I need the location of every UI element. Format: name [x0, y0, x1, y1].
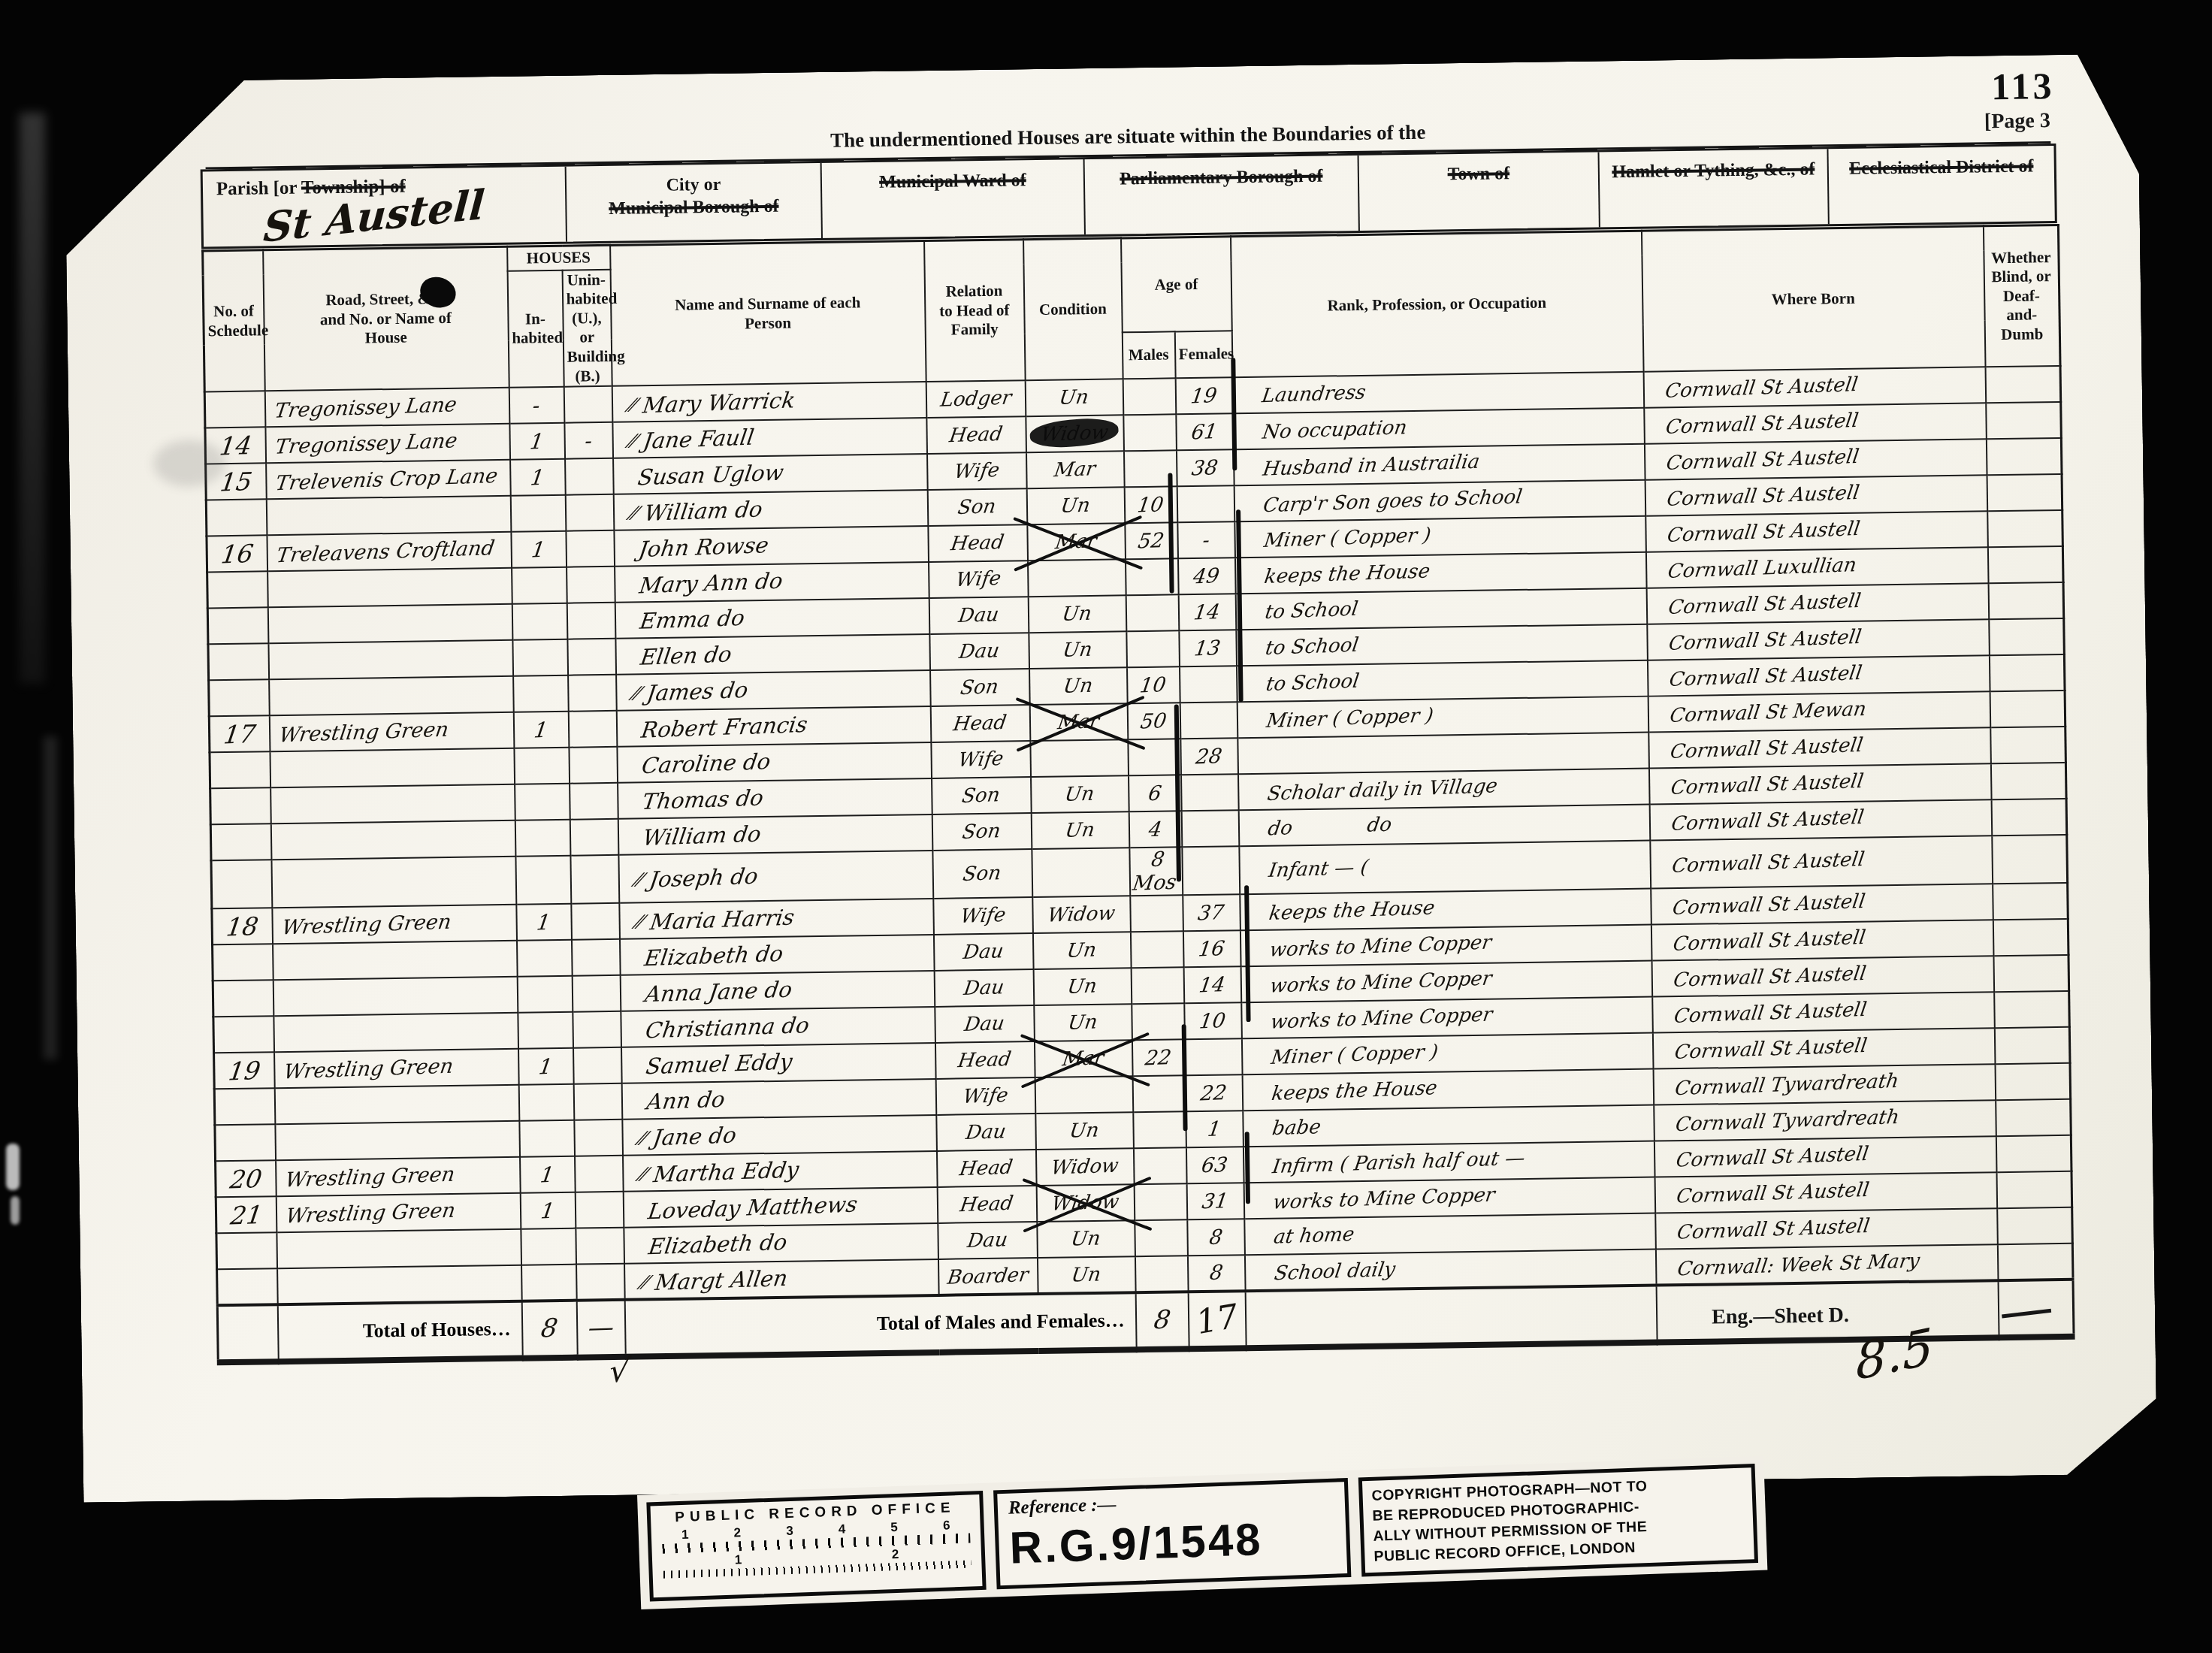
cell-street: Wrestling Green [276, 1193, 521, 1233]
cell-blind [1989, 654, 2065, 691]
cell-uninhabited [576, 1264, 625, 1301]
cell-inhabited [515, 784, 570, 820]
tally-mark: ⁄⁄ [638, 1128, 647, 1149]
cell-name: ⁄⁄Jane do [622, 1115, 937, 1156]
cell-uninhabited [570, 855, 619, 904]
cell-condition [1032, 848, 1130, 897]
cell-relation: Dau [929, 597, 1029, 634]
cell-relation: Dau [929, 633, 1029, 670]
copyright-stamp: COPYRIGHT PHOTOGRAPH—NOT TOBE REPRODUCED… [1358, 1464, 1758, 1576]
cell-age-male [1126, 595, 1179, 632]
cell-street [273, 1013, 518, 1053]
sheet-label: Eng.—Sheet D. [1712, 1304, 1849, 1330]
cell-schedule: 17 [209, 715, 270, 752]
cell-blind [1996, 1171, 2072, 1208]
cell-inhabited [518, 1012, 573, 1049]
cell-occupation: works to Mine Copper [1240, 961, 1652, 1003]
cell-name: Robert Francis [616, 706, 931, 747]
cell-relation: Head [928, 524, 1028, 562]
cell-relation: Boarder [938, 1258, 1038, 1295]
cell-age-male [1123, 415, 1177, 452]
cell-age-female [1181, 810, 1239, 847]
cell-inhabited [510, 495, 566, 532]
film-speck [6, 1144, 20, 1190]
cell-occupation: keeps the House [1242, 1069, 1654, 1111]
cell-relation: Dau [934, 969, 1034, 1007]
cell-occupation: Miner ( Copper ) [1237, 697, 1648, 739]
tally-mark: ⁄⁄ [632, 683, 641, 704]
cell-schedule [213, 1016, 274, 1053]
cell-age-female: 22 [1185, 1074, 1243, 1111]
cell-condition: Un [1029, 667, 1128, 705]
boundary-column: City orMunicipal Borough of [567, 163, 823, 242]
cell-occupation: to School [1237, 660, 1648, 703]
cell-blind [1990, 691, 2065, 727]
cell-uninhabited: - [564, 422, 613, 459]
cell-schedule [206, 499, 267, 536]
cell-where-born: Cornwall St Austell [1647, 655, 1990, 696]
check-mark: √ [609, 1352, 630, 1389]
cell-age-female: 37 [1183, 894, 1240, 931]
cell-age-female [1180, 702, 1237, 739]
cell-age-female: 38 [1176, 449, 1234, 486]
cell-blind [1993, 883, 2068, 920]
cell-street: Tregonissey Lane [264, 388, 509, 428]
cell-street: Tregonissey Lane [265, 424, 510, 464]
cell-relation: Son [927, 488, 1027, 526]
header-schedule: No. of Schedule [203, 250, 265, 392]
cell-uninhabited [572, 975, 621, 1012]
cell-inhabited: - [509, 387, 564, 424]
cell-age-female: 13 [1179, 630, 1237, 666]
cell-age-male [1133, 1147, 1186, 1184]
cell-blind [1992, 835, 2068, 884]
cell-street [273, 941, 518, 981]
cell-where-born: Cornwall St Austell [1648, 727, 1991, 768]
film-scratch [44, 736, 57, 1059]
cell-blind [1986, 402, 2062, 439]
cell-occupation: babe [1243, 1105, 1654, 1147]
cell-age-male [1126, 631, 1180, 668]
tally-mark: ⁄⁄ [628, 394, 637, 416]
header-inhabited: In- habited [507, 270, 564, 388]
cell-schedule: 21 [216, 1196, 276, 1233]
cell-age-male [1123, 379, 1176, 416]
cell-condition: Un [1033, 968, 1132, 1005]
cell-uninhabited [573, 1011, 621, 1048]
cell-relation: Dau [935, 1005, 1035, 1043]
cell-condition: Un [1031, 775, 1129, 813]
cell-blind [1987, 546, 2063, 583]
cell-blind [1996, 1135, 2071, 1172]
cell-name: ⁄⁄Maria Harris [619, 899, 934, 939]
cell-age-male: 10 [1127, 667, 1180, 704]
cell-blind [1994, 991, 2070, 1028]
cell-uninhabited [570, 783, 618, 820]
tally-mark: ⁄⁄ [630, 503, 639, 524]
cell-uninhabited [567, 567, 615, 603]
cell-occupation: School daily [1244, 1250, 1656, 1292]
cell-uninhabited [568, 711, 617, 748]
film-speck [11, 1196, 20, 1225]
cell-blind [1986, 438, 2062, 475]
cell-street [277, 1265, 522, 1305]
cell-relation: Dau [933, 933, 1033, 971]
cell-occupation: Infirm ( Parish half out — [1243, 1141, 1654, 1183]
cell-inhabited [521, 1228, 576, 1265]
pro-ruler-stamp: PUBLIC RECORD OFFICE 123456 12 [646, 1491, 986, 1602]
cell-age-male [1130, 895, 1183, 932]
cell-where-born: Cornwall Tywardreath [1654, 1100, 1996, 1141]
cell-age-female: - [1177, 521, 1235, 558]
cell-age-male: 4 [1129, 811, 1182, 848]
cell-inhabited: 1 [516, 904, 572, 941]
header-street: Road, Street, &c., and No. or Name of Ho… [263, 246, 509, 391]
cell-inhabited [518, 1084, 574, 1121]
cell-uninhabited [571, 939, 620, 976]
cell-name: ⁄⁄Mary Warrick [612, 382, 926, 422]
cell-uninhabited [567, 639, 616, 675]
cell-schedule [211, 860, 272, 908]
cell-age-female: 49 [1178, 558, 1236, 594]
cell-relation: Son [932, 777, 1032, 814]
cell-name: ⁄⁄Jane Faull [612, 418, 927, 458]
cell-blind [1997, 1244, 2073, 1280]
cell-age-male: 6 [1129, 775, 1182, 811]
cell-blind [1993, 919, 2068, 956]
tally-mark: ⁄⁄ [628, 431, 637, 452]
cell-uninhabited [573, 1047, 622, 1084]
cell-inhabited [512, 603, 567, 640]
cell-blind [1990, 727, 2066, 763]
header-houses: HOUSES [507, 245, 610, 270]
cell-schedule [217, 1268, 278, 1305]
cell-street [274, 1085, 519, 1125]
cell-condition [1030, 739, 1129, 777]
cell-where-born: Cornwall St Austell [1646, 583, 1989, 624]
totals-houses-label: Total of Houses… [277, 1301, 522, 1362]
totals-empty [1245, 1286, 1657, 1349]
cell-name: Emma do [615, 598, 929, 639]
cell-where-born: Cornwall St Austell [1655, 1208, 1998, 1249]
scanned-census-photograph: { "photo": { "page_number": "113", "page… [0, 0, 2212, 1653]
cell-relation: Head [935, 1041, 1035, 1079]
header-age: Age of [1121, 237, 1232, 332]
cell-name: Elizabeth do [624, 1223, 938, 1264]
cell-inhabited [513, 675, 569, 712]
cell-condition: Un [1037, 1220, 1135, 1258]
cell-occupation [1237, 733, 1649, 775]
totals-males-value: 8 [1135, 1292, 1189, 1349]
cell-inhabited [521, 1265, 577, 1301]
cell-inhabited: 1 [518, 1048, 574, 1085]
cell-uninhabited [568, 675, 617, 712]
cell-condition: Widow [1026, 416, 1124, 453]
cell-relation: Wife [929, 561, 1029, 598]
cell-schedule [213, 944, 273, 981]
cell-street [270, 784, 515, 824]
cell-where-born: Cornwall St Austell [1644, 439, 1987, 479]
cell-where-born: Cornwall St Austell [1649, 799, 1992, 840]
cell-street [275, 1121, 520, 1161]
cell-street [269, 676, 514, 716]
cell-street [266, 496, 511, 536]
cell-occupation: works to Mine Copper [1240, 925, 1651, 967]
cell-relation: Wife [931, 741, 1031, 778]
cell-where-born: Cornwall St Austell [1647, 619, 1990, 660]
cell-schedule: 19 [214, 1052, 275, 1089]
header-name: Name and Surname of each Person [610, 241, 926, 386]
cell-name: Susan Uglow [613, 454, 928, 494]
reference-value: R.G.9/1548 [1009, 1511, 1337, 1574]
cell-uninhabited [570, 819, 618, 856]
tally-mark: ⁄⁄ [634, 869, 643, 890]
cell-condition: Un [1025, 379, 1123, 417]
cell-schedule [213, 980, 273, 1017]
cell-inhabited: 1 [520, 1192, 576, 1229]
cell-condition: Un [1034, 1004, 1132, 1041]
cell-age-female: 19 [1175, 377, 1233, 414]
cell-street [267, 568, 512, 608]
cell-condition [1035, 1076, 1133, 1114]
cell-name: Mary Ann do [615, 562, 929, 603]
cell-age-female: 31 [1186, 1183, 1244, 1219]
parish-cell: Parish [or Township] of St Austell [203, 167, 567, 247]
cell-age-male: 22 [1132, 1039, 1185, 1076]
cell-condition: Un [1029, 631, 1127, 669]
cell-street [271, 857, 516, 908]
cell-where-born: Cornwall St Austell [1651, 920, 1993, 960]
header-males: Males [1122, 331, 1175, 379]
cell-relation: Dau [936, 1114, 1036, 1151]
cell-inhabited [515, 856, 571, 905]
cell-occupation: No occupation [1233, 408, 1645, 450]
cell-blind [1994, 1027, 2070, 1064]
cell-name: Ellen do [615, 634, 930, 675]
cell-where-born: Cornwall St Austell [1654, 1136, 1996, 1177]
cell-street [276, 1229, 521, 1269]
cell-condition: Un [1026, 488, 1125, 525]
header-where-born: Where Born [1641, 226, 1985, 372]
cell-blind [1995, 1063, 2071, 1100]
header-condition: Condition [1023, 238, 1123, 380]
cell-uninhabited [566, 530, 615, 567]
cell-inhabited [517, 976, 573, 1013]
cell-street: Wrestling Green [274, 1049, 519, 1089]
census-page: 113 [Page 3 The undermentioned Houses ar… [64, 53, 2157, 1502]
cell-age-female: 16 [1183, 930, 1240, 967]
cell-uninhabited [575, 1192, 624, 1228]
cell-blind [1985, 366, 2061, 403]
cell-inhabited [512, 567, 567, 604]
cell-relation: Son [932, 849, 1032, 899]
cell-schedule [208, 643, 269, 680]
cell-age-female [1180, 666, 1237, 703]
cell-where-born: Cornwall St Austell [1648, 763, 1991, 804]
tally-mark: ⁄⁄ [635, 911, 644, 932]
cell-schedule [215, 1124, 276, 1161]
cell-condition: Widow [1036, 1184, 1135, 1222]
cell-schedule [207, 571, 268, 608]
cell-occupation: Husband in Austrailia [1234, 444, 1645, 486]
cell-name: Caroline do [617, 742, 932, 783]
cell-schedule: 16 [207, 535, 267, 572]
cell-street: Trelevenis Crop Lane [266, 460, 511, 500]
cell-where-born: Cornwall Luxullian [1645, 547, 1988, 588]
cell-age-male [1130, 931, 1183, 968]
cell-where-born: Cornwall St Austell [1650, 836, 1993, 888]
cell-where-born: Cornwall St Austell [1652, 992, 1995, 1032]
cell-schedule [216, 1232, 277, 1269]
cell-uninhabited [575, 1156, 624, 1192]
cell-blind [1989, 618, 2065, 655]
cell-condition: Un [1031, 811, 1129, 849]
cell-age-male [1133, 1111, 1186, 1148]
cell-relation: Lodger [926, 380, 1026, 418]
cell-blind [1996, 1099, 2071, 1136]
cell-where-born: Cornwall St Austell [1651, 956, 1994, 996]
cell-name: ⁄⁄William do [613, 490, 928, 530]
cell-age-female: 28 [1180, 738, 1238, 775]
cell-inhabited: 1 [509, 423, 565, 460]
cell-relation: Son [930, 669, 1030, 706]
cell-uninhabited [576, 1228, 624, 1265]
header-uninhabited: Unin- habited (U.), or Building (B.) [562, 269, 612, 387]
cell-condition: Un [1032, 932, 1131, 969]
cell-where-born: Cornwall St Austell [1644, 403, 1987, 443]
cell-name: Samuel Eddy [621, 1043, 936, 1083]
cell-condition: Mar [1034, 1040, 1132, 1077]
cell-age-male: 50 [1127, 703, 1180, 740]
cell-age-male [1135, 1256, 1188, 1292]
cell-condition: Widow [1032, 896, 1131, 933]
cell-relation: Head [937, 1186, 1037, 1223]
cell-condition: Un [1028, 595, 1126, 633]
cell-relation: Dau [938, 1222, 1038, 1259]
cell-relation: Son [932, 813, 1032, 851]
cell-inhabited [512, 639, 568, 676]
cell-age-male [1134, 1183, 1187, 1220]
cell-condition: Mar [1029, 703, 1128, 741]
cell-schedule [204, 391, 265, 428]
cell-name: ⁄⁄Martha Eddy [623, 1151, 938, 1192]
cell-age-female: 10 [1184, 1002, 1242, 1039]
cell-schedule: 18 [212, 908, 273, 944]
cell-age-female [1177, 485, 1234, 522]
cell-blind [1990, 763, 2066, 799]
cell-uninhabited [571, 903, 620, 940]
cell-schedule [210, 751, 270, 788]
cell-street [270, 748, 515, 788]
cell-occupation: Scholar daily in Village [1238, 769, 1650, 811]
census-table: No. of Schedule Road, Street, &c., and N… [201, 224, 2075, 1366]
cell-street: Wrestling Green [276, 1157, 521, 1197]
cell-street [268, 640, 513, 680]
cell-occupation: do do [1238, 805, 1650, 847]
cell-street: Wrestling Green [272, 905, 517, 944]
cell-occupation: to School [1235, 588, 1647, 630]
cell-occupation: keeps the House [1240, 889, 1651, 931]
totals-mf-label: Total of Males and Females… [624, 1292, 1136, 1356]
cell-age-male [1131, 967, 1184, 1004]
cell-age-female: 8 [1187, 1255, 1245, 1292]
cell-inhabited [519, 1120, 575, 1157]
cell-street [273, 977, 518, 1017]
cell-age-female: 63 [1186, 1147, 1243, 1183]
cell-name: John Rowse [614, 526, 929, 567]
cell-age-male: 8 Mos [1129, 847, 1183, 896]
cell-condition: Un [1037, 1256, 1135, 1294]
page-number: 113 [1991, 64, 2055, 108]
reference-stamp: Reference :— R.G.9/1548 [993, 1478, 1351, 1589]
cell-uninhabited [564, 386, 612, 423]
cell-relation: Head [936, 1150, 1036, 1187]
header-females: Females [1174, 331, 1232, 378]
cell-age-female [1181, 774, 1239, 811]
cell-name: ⁄⁄James do [616, 670, 931, 711]
tally-mark: ⁄⁄ [640, 1272, 649, 1293]
cell-age-female: 8 [1187, 1219, 1245, 1256]
cell-inhabited: 1 [510, 459, 566, 496]
cell-occupation: Miner ( Copper ) [1234, 516, 1646, 558]
cell-where-born: Cornwall St Mewan [1648, 691, 1990, 732]
cell-occupation: at home [1244, 1213, 1656, 1256]
cell-blind [1988, 582, 2064, 619]
cell-age-female: 14 [1178, 594, 1236, 630]
totals-females-value: 17 [1188, 1291, 1246, 1349]
cell-age-female: 14 [1183, 966, 1241, 1003]
cell-blind [1987, 510, 2063, 547]
totals-houses-value: 8 [521, 1301, 577, 1358]
cell-blind [1991, 799, 2067, 836]
cell-street: Wrestling Green [269, 712, 514, 752]
cell-name: William do [618, 814, 932, 855]
boundary-column: Town of [1359, 152, 1600, 230]
cell-where-born: Cornwall St Austell [1652, 1028, 1995, 1068]
cell-where-born: Cornwall St Austell [1645, 475, 1987, 515]
census-rows: Tregonissey Lane - ⁄⁄Mary Warrick Lodger… [204, 366, 2073, 1305]
cell-name: ⁄⁄Margt Allen [624, 1259, 939, 1300]
cell-occupation: to School [1236, 624, 1648, 666]
cell-uninhabited [567, 603, 615, 639]
header-occupation: Rank, Profession, or Occupation [1231, 231, 1644, 377]
totals-empty [217, 1304, 278, 1362]
header-relation: Relation to Head of Family [924, 240, 1026, 382]
cell-where-born: Cornwall Tywardreath [1653, 1064, 1996, 1105]
cell-occupation: Miner ( Copper ) [1241, 1033, 1653, 1075]
cell-inhabited [514, 748, 570, 784]
cell-street: Treleavens Croftland [267, 532, 512, 572]
cell-name: Thomas do [618, 778, 932, 819]
cell-where-born: Cornwall St Austell [1643, 367, 1986, 407]
cell-name: Anna Jane do [620, 971, 935, 1011]
cell-age-female [1184, 1038, 1242, 1075]
cell-relation: Head [930, 705, 1030, 742]
totals-empty [1998, 1280, 2074, 1337]
cell-relation: Head [926, 416, 1026, 454]
cell-inhabited [515, 820, 570, 857]
cell-blind [1987, 474, 2062, 511]
cell-uninhabited [574, 1120, 623, 1156]
tally-mark: ⁄⁄ [639, 1164, 648, 1185]
cell-occupation: keeps the House [1235, 552, 1647, 594]
totals-uninhabited-value: — [576, 1300, 625, 1358]
cell-occupation: works to Mine Copper [1241, 997, 1653, 1039]
cell-where-born: Cornwall St Austell [1654, 1172, 1997, 1213]
cell-condition [1028, 559, 1126, 597]
cell-occupation: works to Mine Copper [1243, 1177, 1655, 1219]
cell-age-female [1182, 846, 1240, 895]
